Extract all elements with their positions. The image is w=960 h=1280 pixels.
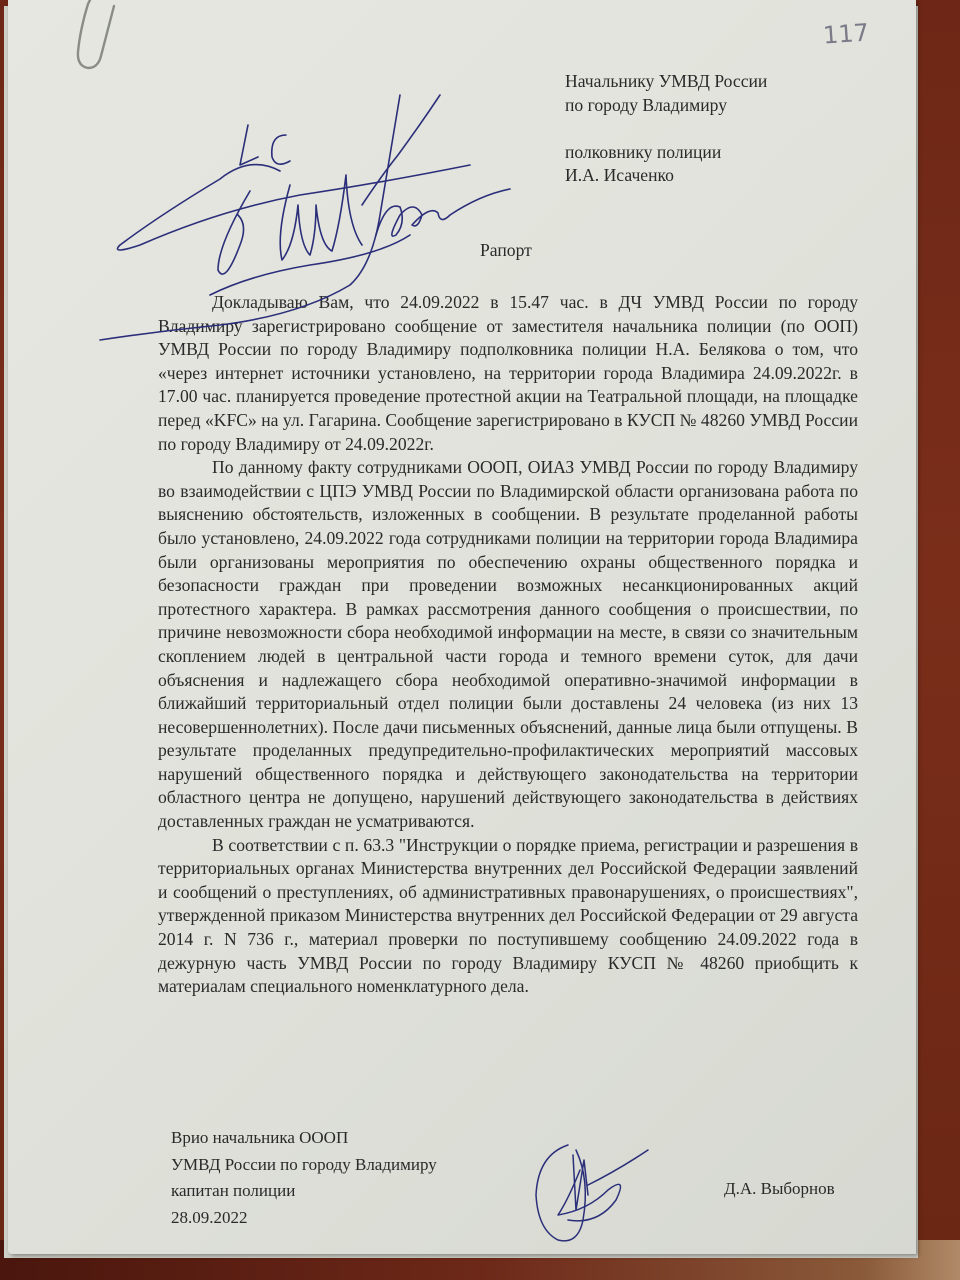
signer-department: УМВД России по городу Владимиру — [171, 1152, 437, 1179]
handwritten-resolution-signature-icon — [100, 95, 540, 335]
handwritten-page-number: 117 — [822, 18, 870, 49]
paragraph-findings: По данному факту сотрудниками ОООП, ОИАЗ… — [158, 456, 858, 834]
paperclip-icon — [8, 0, 128, 80]
signer-name: Д.А. Выборнов — [724, 1177, 835, 1201]
signer-position: Врио начальника ОООП — [171, 1125, 437, 1152]
document-page: 117 Начальнику УМВД России по городу Вла… — [8, 0, 916, 1254]
paragraph-resolution: В соответствии с п. 63.3 "Инструкции о п… — [158, 834, 858, 999]
signer-rank: капитан полиции — [171, 1178, 437, 1205]
addressee-line: по городу Владимиру — [565, 94, 865, 118]
addressee-block: Начальнику УМВД России по городу Владими… — [565, 70, 865, 188]
document-body: Докладываю Вам, что 24.09.2022 в 15.47 ч… — [158, 291, 858, 999]
signature-date: 28.09.2022 — [171, 1205, 437, 1232]
signature-block: Врио начальника ОООП УМВД России по горо… — [171, 1125, 437, 1231]
addressee-line: Начальнику УМВД России — [565, 70, 865, 94]
addressee-line: полковнику полиции — [565, 141, 865, 165]
signer-signature-icon — [528, 1140, 638, 1250]
addressee-line: И.А. Исаченко — [565, 164, 865, 188]
